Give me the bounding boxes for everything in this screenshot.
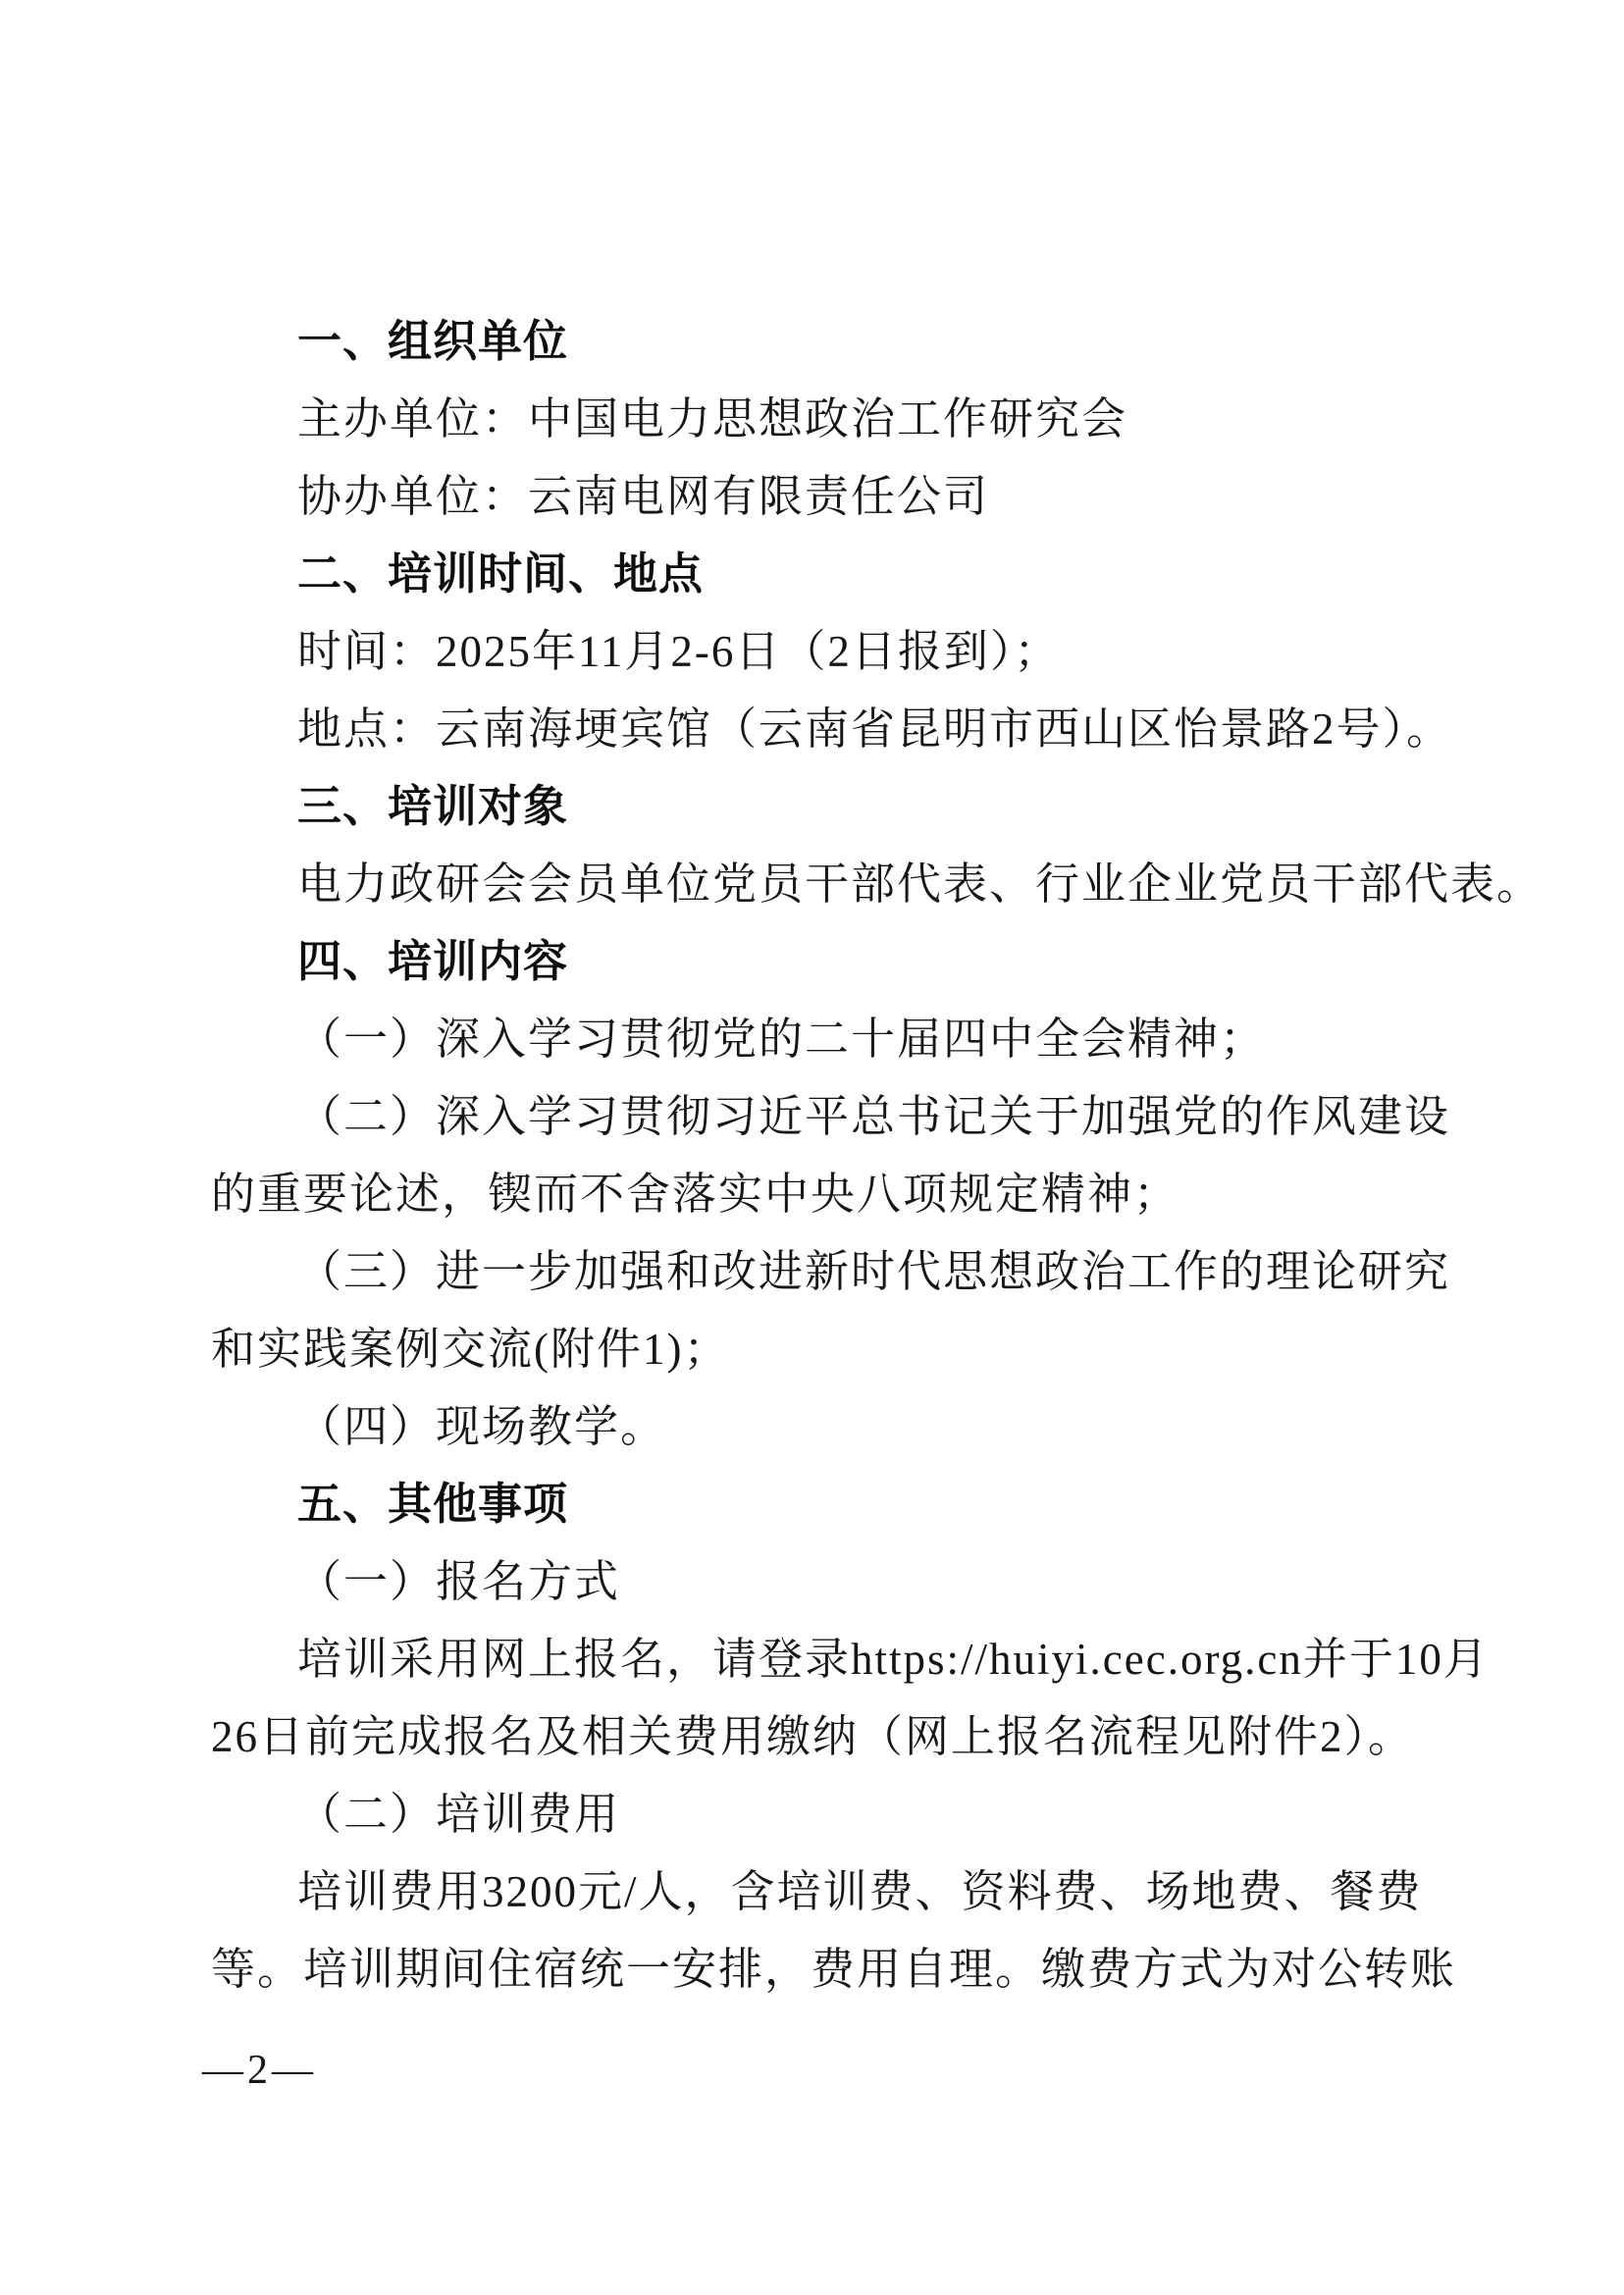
document-line: 时间：2025年11月2-6日（2日报到）； [211,608,1487,686]
document-page: 一、组织单位主办单位：中国电力思想政治工作研究会协办单位：云南电网有限责任公司二… [0,0,1624,2295]
document-body: 一、组织单位主办单位：中国电力思想政治工作研究会协办单位：云南电网有限责任公司二… [211,298,1487,2004]
document-line: （四）现场教学。 [211,1383,1487,1461]
document-line: 26日前完成报名及相关费用缴纳（网上报名流程见附件2）。 [211,1694,1487,1771]
document-line: 协办单位：云南电网有限责任公司 [211,453,1487,531]
document-line: 二、培训时间、地点 [211,531,1487,608]
document-line: （二）深入学习贯彻习近平总书记关于加强党的作风建设 [211,1073,1487,1151]
document-line: 电力政研会会员单位党员干部代表、行业企业党员干部代表。 [211,841,1487,918]
document-line: 三、培训对象 [211,763,1487,841]
document-line: 和实践案例交流(附件1)； [211,1306,1487,1383]
document-line: （一）报名方式 [211,1539,1487,1616]
document-line: 的重要论述，锲而不舍落实中央八项规定精神； [211,1151,1487,1228]
document-line: 主办单位：中国电力思想政治工作研究会 [211,376,1487,453]
document-line: 培训采用网上报名，请登录https://huiyi.cec.org.cn并于10… [211,1616,1487,1694]
document-line: （二）培训费用 [211,1771,1487,1849]
page-number: —2— [202,2047,317,2094]
document-line: 等。培训期间住宿统一安排，费用自理。缴费方式为对公转账 [211,1926,1487,2004]
document-line: 培训费用3200元/人，含培训费、资料费、场地费、餐费 [211,1849,1487,1926]
document-line: （三）进一步加强和改进新时代思想政治工作的理论研究 [211,1228,1487,1306]
document-line: 地点：云南海埂宾馆（云南省昆明市西山区怡景路2号）。 [211,686,1487,763]
document-line: 一、组织单位 [211,298,1487,376]
document-line: 五、其他事项 [211,1461,1487,1539]
document-line: （一）深入学习贯彻党的二十届四中全会精神； [211,996,1487,1073]
document-line: 四、培训内容 [211,918,1487,996]
